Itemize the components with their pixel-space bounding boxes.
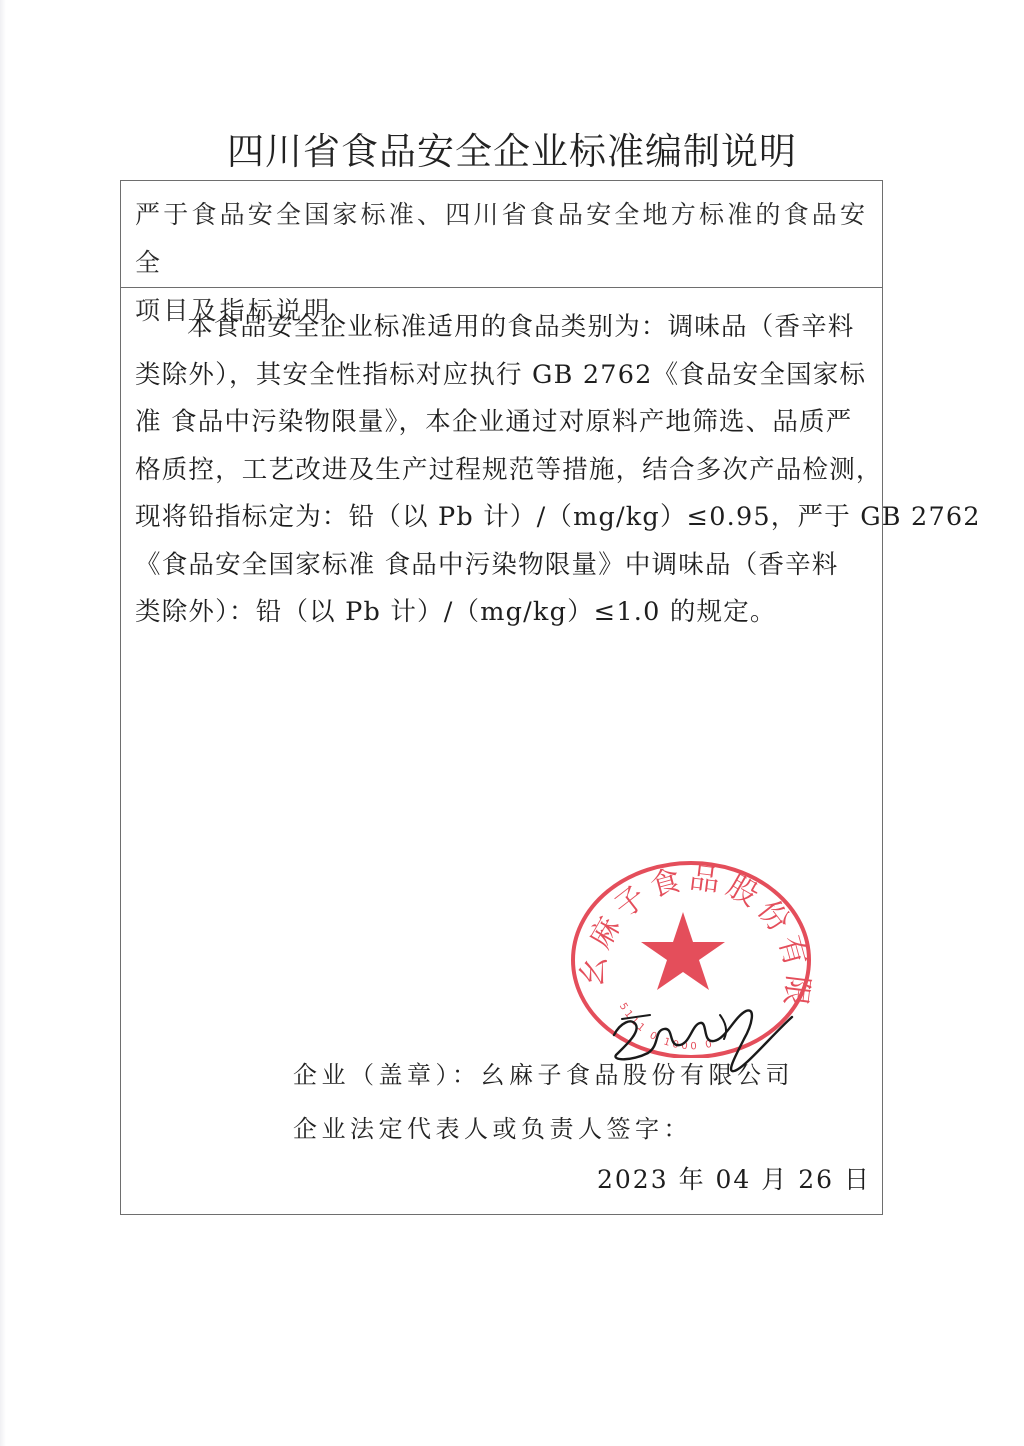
representative-label: 企业法定代表人或负责人签字： [293, 1115, 692, 1143]
enterprise-seal-label: 企业（盖章）： [293, 1061, 481, 1089]
representative-line: 企业法定代表人或负责人签字： [293, 1102, 794, 1156]
paragraph-line: 类除外），其安全性指标对应执行 GB 2762《食品安全国家标 [135, 352, 872, 400]
enterprise-seal-line: 企业（盖章）：幺麻子食品股份有限公司 [293, 1048, 794, 1102]
standard-explanation-table: 严于食品安全国家标准、四川省食品安全地方标准的食品安全 项目及指标说明 本食品安… [120, 180, 883, 1215]
signature-block: 企业（盖章）：幺麻子食品股份有限公司 企业法定代表人或负责人签字： [293, 1048, 794, 1156]
scan-edge-shadow [0, 0, 6, 1446]
paragraph-line: 本食品安全企业标准适用的食品类别为：调味品（香辛料 [135, 304, 872, 352]
header-line-1: 严于食品安全国家标准、四川省食品安全地方标准的食品安全 [135, 191, 872, 287]
paragraph-line: 现将铅指标定为：铅（以 Pb 计）/（mg/kg）≤0.95，严于 GB 276… [135, 494, 872, 542]
paragraph-line: 准 食品中污染物限量》，本企业通过对原料产地筛选、品质严 [135, 399, 872, 447]
paragraph-line: 类除外）：铅（以 Pb 计）/（mg/kg）≤1.0 的规定。 [135, 589, 872, 637]
document-title: 四川省食品安全企业标准编制说明 [0, 128, 1024, 176]
paragraph-line: 《食品安全国家标准 食品中污染物限量》中调味品（香辛料 [135, 542, 872, 590]
explanation-paragraph: 本食品安全企业标准适用的食品类别为：调味品（香辛料 类除外），其安全性指标对应执… [135, 304, 872, 637]
paragraph-line: 格质控，工艺改进及生产过程规范等措施，结合多次产品检测， [135, 447, 872, 495]
signing-date: 2023 年 04 月 26 日 [597, 1160, 871, 1196]
table-body-cell: 本食品安全企业标准适用的食品类别为：调味品（香辛料 类除外），其安全性指标对应执… [121, 288, 882, 1214]
table-header-cell: 严于食品安全国家标准、四川省食品安全地方标准的食品安全 项目及指标说明 [121, 181, 882, 288]
enterprise-name: 幺麻子食品股份有限公司 [481, 1061, 795, 1089]
